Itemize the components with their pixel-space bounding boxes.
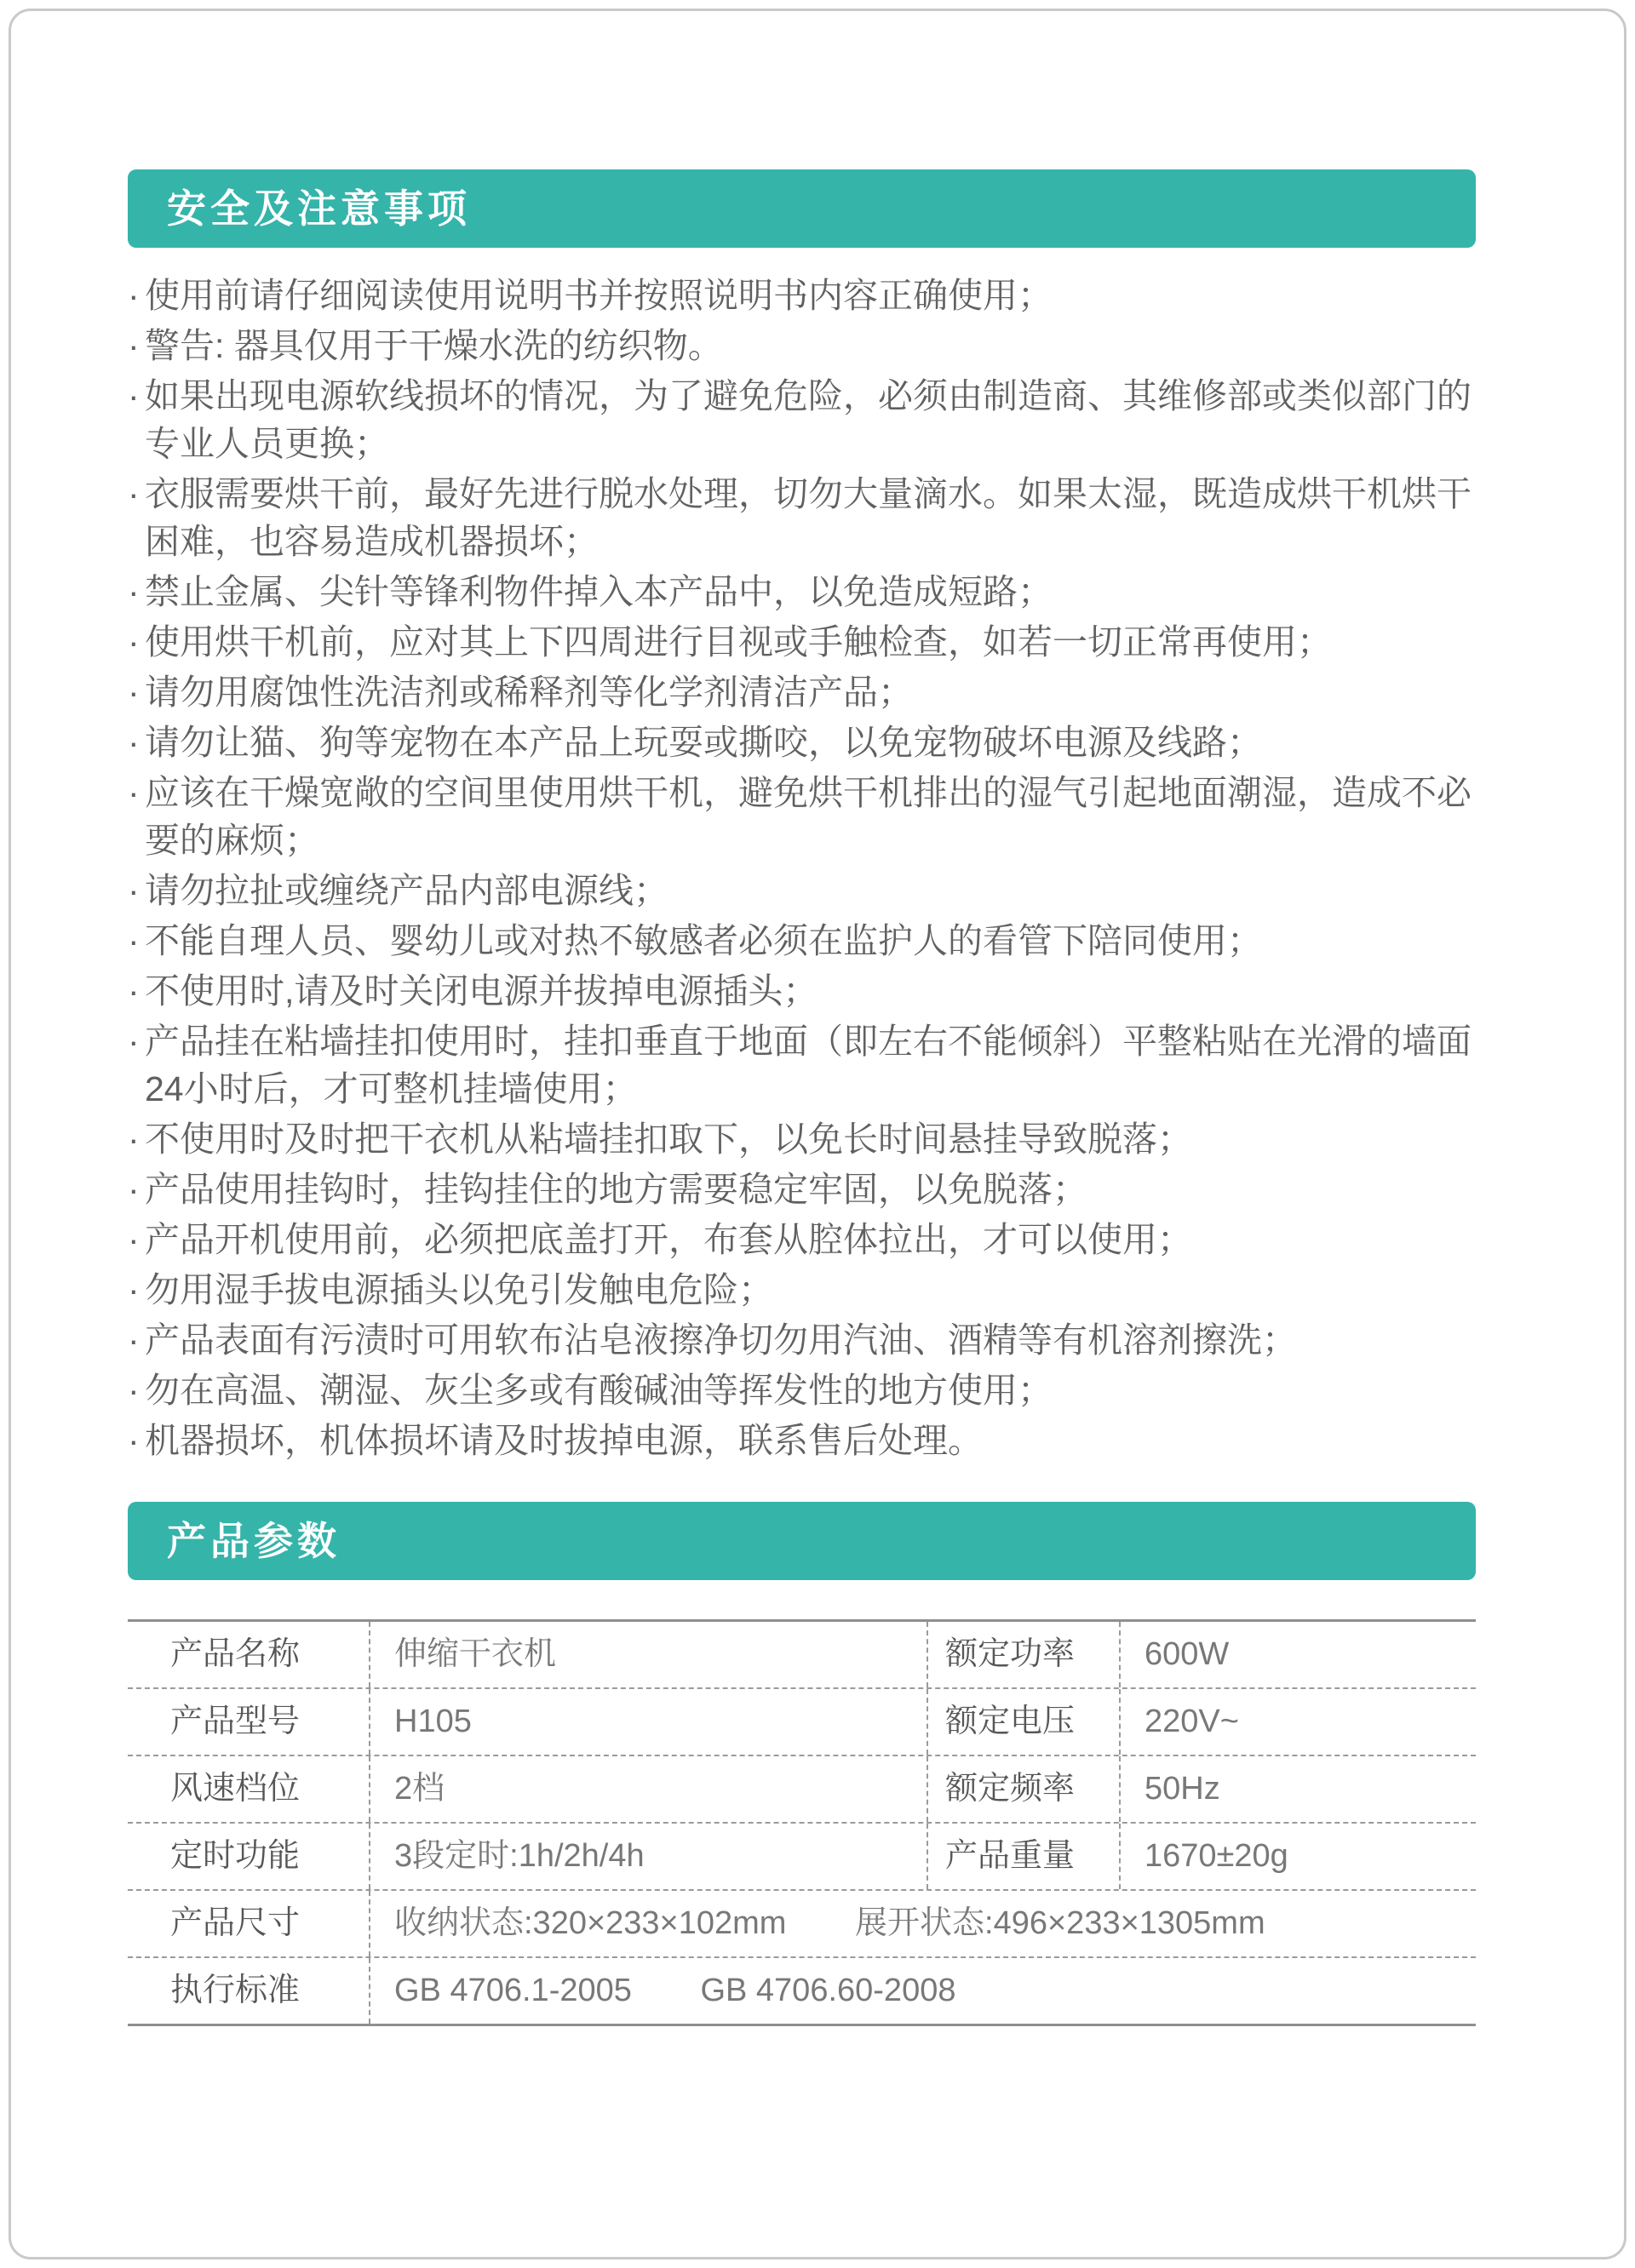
section-title-specs: 产品参数 xyxy=(167,1521,341,1561)
safety-item: 警告: 器具仅用于干燥水洗的纺织物。 xyxy=(145,322,1476,369)
safety-item: 不使用时,请及时关闭电源并拔掉电源插头； xyxy=(145,967,1476,1015)
safety-item: 不能自理人员、婴幼儿或对热不敏感者必须在监护人的看管下陪同使用； xyxy=(145,917,1476,965)
spec-label: 额定频率 xyxy=(926,1756,1119,1822)
spec-value: 3段定时:1h/2h/4h xyxy=(369,1824,926,1889)
safety-item: 请勿让猫、狗等宠物在本产品上玩耍或撕咬，以免宠物破坏电源及线路； xyxy=(145,719,1476,766)
section-header-specs: 产品参数 xyxy=(128,1502,1476,1580)
safety-item: 产品使用挂钩时，挂钩挂住的地方需要稳定牢固，以免脱落； xyxy=(145,1165,1476,1213)
safety-item: 使用前请仔细阅读使用说明书并按照说明书内容正确使用； xyxy=(145,272,1476,319)
safety-item: 请勿拉扯或缠绕产品内部电源线； xyxy=(145,867,1476,914)
spec-value: 50Hz xyxy=(1119,1756,1476,1822)
spec-value: GB 4706.1-2005 GB 4706.60-2008 xyxy=(369,1958,1476,2024)
spec-label: 风速档位 xyxy=(128,1756,369,1822)
safety-item: 产品表面有污渍时可用软布沾皂液擦净切勿用汽油、酒精等有机溶剂擦洗； xyxy=(145,1316,1476,1364)
spec-table: 产品名称 伸缩干衣机 额定功率 600W 产品型号 H105 额定电压 220V… xyxy=(128,1619,1476,2026)
section-header-safety: 安全及注意事项 xyxy=(128,169,1476,248)
spec-label: 产品重量 xyxy=(926,1824,1119,1889)
spec-label: 定时功能 xyxy=(128,1824,369,1889)
safety-item: 衣服需要烘干前，最好先进行脱水处理，切勿大量滴水。如果太湿，既造成烘干机烘干困难… xyxy=(145,470,1476,565)
spec-value-part: GB 4706.1-2005 xyxy=(394,1973,632,2008)
spec-value: 1670±20g xyxy=(1119,1824,1476,1889)
safety-list: 使用前请仔细阅读使用说明书并按照说明书内容正确使用； 警告: 器具仅用于干燥水洗… xyxy=(128,272,1476,1464)
spec-label: 产品名称 xyxy=(128,1622,369,1687)
spec-value: 伸缩干衣机 xyxy=(369,1622,926,1687)
spec-value-part: GB 4706.60-2008 xyxy=(700,1973,955,2008)
safety-item: 不使用时及时把干衣机从粘墙挂扣取下，以免长时间悬挂导致脱落； xyxy=(145,1115,1476,1163)
safety-item: 勿用湿手拔电源插头以免引发触电危险； xyxy=(145,1266,1476,1314)
spec-value: 600W xyxy=(1119,1622,1476,1687)
spec-label: 产品尺寸 xyxy=(128,1891,369,1956)
manual-page: 安全及注意事项 使用前请仔细阅读使用说明书并按照说明书内容正确使用； 警告: 器… xyxy=(0,0,1635,2268)
safety-item: 禁止金属、尖针等锋利物件掉入本产品中，以免造成短路； xyxy=(145,568,1476,616)
section-title-safety: 安全及注意事项 xyxy=(167,189,471,228)
table-row: 产品尺寸 收纳状态:320×233×102mm 展开状态:496×233×130… xyxy=(128,1891,1476,1958)
safety-item: 如果出现电源软线损坏的情况，为了避免危险，必须由制造商、其维修部或类似部门的专业… xyxy=(145,372,1476,467)
table-row: 风速档位 2档 额定频率 50Hz xyxy=(128,1756,1476,1824)
spec-value: 220V~ xyxy=(1119,1689,1476,1755)
spec-value-part: 展开状态:496×233×1305mm xyxy=(855,1905,1265,1941)
safety-item: 应该在干燥宽敞的空间里使用烘干机，避免烘干机排出的湿气引起地面潮湿，造成不必要的… xyxy=(145,769,1476,864)
spec-value: 收纳状态:320×233×102mm 展开状态:496×233×1305mm xyxy=(369,1891,1476,1956)
table-row: 执行标准 GB 4706.1-2005 GB 4706.60-2008 xyxy=(128,1958,1476,2024)
table-row: 定时功能 3段定时:1h/2h/4h 产品重量 1670±20g xyxy=(128,1824,1476,1891)
safety-item: 产品挂在粘墙挂扣使用时，挂扣垂直于地面（即左右不能倾斜）平整粘贴在光滑的墙面24… xyxy=(145,1017,1476,1113)
spec-value: 2档 xyxy=(369,1756,926,1822)
table-row: 产品名称 伸缩干衣机 额定功率 600W xyxy=(128,1622,1476,1689)
spec-value: H105 xyxy=(369,1689,926,1755)
safety-item: 请勿用腐蚀性洗洁剂或稀释剂等化学剂清洁产品； xyxy=(145,668,1476,716)
safety-item: 使用烘干机前，应对其上下四周进行目视或手触检查，如若一切正常再使用； xyxy=(145,618,1476,666)
table-row: 产品型号 H105 额定电压 220V~ xyxy=(128,1689,1476,1756)
page-content: 安全及注意事项 使用前请仔细阅读使用说明书并按照说明书内容正确使用； 警告: 器… xyxy=(0,0,1635,2026)
spec-value-part: 收纳状态:320×233×102mm xyxy=(394,1905,786,1941)
spec-label: 额定电压 xyxy=(926,1689,1119,1755)
spec-label: 额定功率 xyxy=(926,1622,1119,1687)
spec-label: 产品型号 xyxy=(128,1689,369,1755)
safety-item: 机器损坏，机体损坏请及时拔掉电源，联系售后处理。 xyxy=(145,1417,1476,1464)
spec-label: 执行标准 xyxy=(128,1958,369,2024)
safety-item: 勿在高温、潮湿、灰尘多或有酸碱油等挥发性的地方使用； xyxy=(145,1366,1476,1414)
safety-item: 产品开机使用前，必须把底盖打开，布套从腔体拉出，才可以使用； xyxy=(145,1216,1476,1263)
